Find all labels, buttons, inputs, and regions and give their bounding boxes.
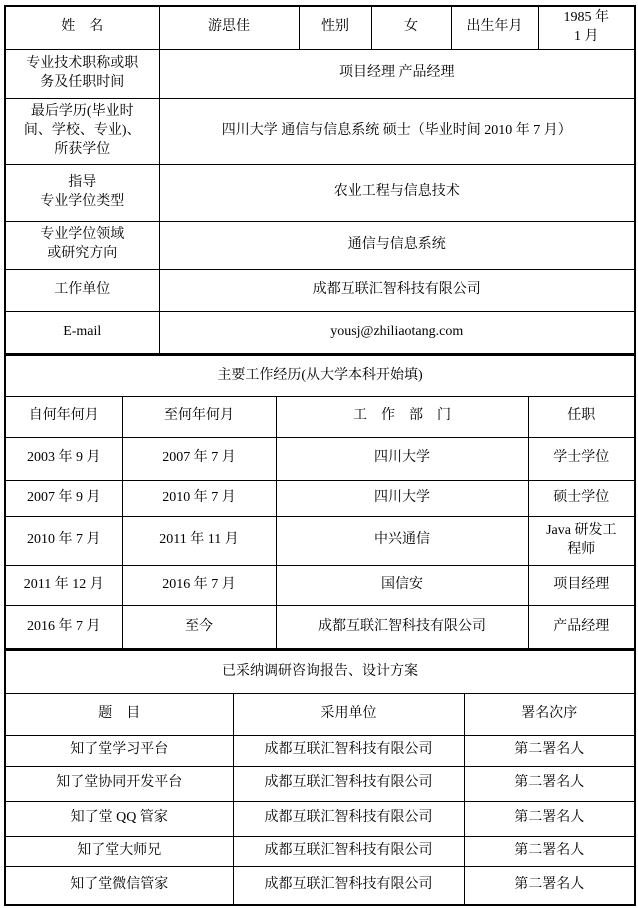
work-position-cell: 学士学位 bbox=[528, 437, 635, 480]
reports-header-topic: 题 目 bbox=[5, 693, 233, 735]
report-signature-cell: 第二署名人 bbox=[464, 801, 635, 836]
basic-info-table: 姓 名 游思佳 性别 女 出生年月 1985 年 1 月 专业技术职称或职 务及… bbox=[4, 5, 636, 355]
work-header-from: 自何年何月 bbox=[5, 396, 122, 437]
guide-label-cell: 指导 专业学位类型 bbox=[5, 164, 159, 221]
row-email: E-mail yousj@zhiliaotang.com bbox=[5, 311, 635, 354]
reports-header-row: 题 目 采用单位 署名次序 bbox=[5, 693, 635, 735]
report-unit-cell: 成都互联汇智科技有限公司 bbox=[233, 735, 464, 766]
report-row: 知了堂学习平台 成都互联汇智科技有限公司 第二署名人 bbox=[5, 735, 635, 766]
work-experience-table: 主要工作经历(从大学本科开始填) 自何年何月 至何年何月 工 作 部 门 任职 … bbox=[4, 354, 636, 650]
work-to-cell: 2010 年 7 月 bbox=[122, 480, 276, 516]
field-label-cell: 专业学位领域 或研究方向 bbox=[5, 221, 159, 269]
birth-value-cell: 1985 年 1 月 bbox=[538, 6, 635, 49]
gender-value-cell: 女 bbox=[371, 6, 451, 49]
work-header-department: 工 作 部 门 bbox=[276, 396, 528, 437]
work-department-cell: 国信安 bbox=[276, 565, 528, 605]
work-row: 2016 年 7 月 至今 成都互联汇智科技有限公司 产品经理 bbox=[5, 605, 635, 649]
work-row: 2007 年 9 月 2010 年 7 月 四川大学 硕士学位 bbox=[5, 480, 635, 516]
report-unit-cell: 成都互联汇智科技有限公司 bbox=[233, 801, 464, 836]
row-name-gender-birth: 姓 名 游思佳 性别 女 出生年月 1985 年 1 月 bbox=[5, 6, 635, 49]
title-value-cell: 项目经理 产品经理 bbox=[159, 49, 635, 98]
work-department-cell: 四川大学 bbox=[276, 437, 528, 480]
report-signature-cell: 第二署名人 bbox=[464, 735, 635, 766]
report-row: 知了堂协同开发平台 成都互联汇智科技有限公司 第二署名人 bbox=[5, 766, 635, 801]
work-department-cell: 成都互联汇智科技有限公司 bbox=[276, 605, 528, 649]
report-row: 知了堂 QQ 管家 成都互联汇智科技有限公司 第二署名人 bbox=[5, 801, 635, 836]
reports-header-signature-order: 署名次序 bbox=[464, 693, 635, 735]
report-unit-cell: 成都互联汇智科技有限公司 bbox=[233, 866, 464, 905]
work-to-cell: 2011 年 11 月 bbox=[122, 516, 276, 565]
resume-form-page: 姓 名 游思佳 性别 女 出生年月 1985 年 1 月 专业技术职称或职 务及… bbox=[0, 0, 638, 908]
birth-label-cell: 出生年月 bbox=[451, 6, 538, 49]
report-topic-cell: 知了堂协同开发平台 bbox=[5, 766, 233, 801]
work-section-title: 主要工作经历(从大学本科开始填) bbox=[5, 355, 635, 396]
reports-section-title: 已采纳调研咨询报告、设计方案 bbox=[5, 650, 635, 693]
field-value-cell: 通信与信息系统 bbox=[159, 221, 635, 269]
work-header-row: 自何年何月 至何年何月 工 作 部 门 任职 bbox=[5, 396, 635, 437]
work-row: 2011 年 12 月 2016 年 7 月 国信安 项目经理 bbox=[5, 565, 635, 605]
work-position-cell: 产品经理 bbox=[528, 605, 635, 649]
work-position-cell: 项目经理 bbox=[528, 565, 635, 605]
guide-value-cell: 农业工程与信息技术 bbox=[159, 164, 635, 221]
email-value-cell: yousj@zhiliaotang.com bbox=[159, 311, 635, 354]
row-employer: 工作单位 成都互联汇智科技有限公司 bbox=[5, 269, 635, 311]
email-label-cell: E-mail bbox=[5, 311, 159, 354]
row-professional-title: 专业技术职称或职 务及任职时间 项目经理 产品经理 bbox=[5, 49, 635, 98]
education-value-cell: 四川大学 通信与信息系统 硕士（毕业时间 2010 年 7 月） bbox=[159, 98, 635, 164]
work-header-position: 任职 bbox=[528, 396, 635, 437]
work-position-cell: 硕士学位 bbox=[528, 480, 635, 516]
gender-label-cell: 性别 bbox=[299, 6, 371, 49]
education-label-cell: 最后学历(毕业时 间、学校、专业)、 所获学位 bbox=[5, 98, 159, 164]
name-value-cell: 游思佳 bbox=[159, 6, 299, 49]
report-unit-cell: 成都互联汇智科技有限公司 bbox=[233, 766, 464, 801]
work-department-cell: 中兴通信 bbox=[276, 516, 528, 565]
reports-section-title-row: 已采纳调研咨询报告、设计方案 bbox=[5, 650, 635, 693]
work-header-to: 至何年何月 bbox=[122, 396, 276, 437]
row-guide-degree-type: 指导 专业学位类型 农业工程与信息技术 bbox=[5, 164, 635, 221]
employer-label-cell: 工作单位 bbox=[5, 269, 159, 311]
work-from-cell: 2011 年 12 月 bbox=[5, 565, 122, 605]
report-topic-cell: 知了堂 QQ 管家 bbox=[5, 801, 233, 836]
row-degree-field: 专业学位领域 或研究方向 通信与信息系统 bbox=[5, 221, 635, 269]
work-department-cell: 四川大学 bbox=[276, 480, 528, 516]
work-to-cell: 2016 年 7 月 bbox=[122, 565, 276, 605]
title-label-cell: 专业技术职称或职 务及任职时间 bbox=[5, 49, 159, 98]
report-row: 知了堂微信管家 成都互联汇智科技有限公司 第二署名人 bbox=[5, 866, 635, 905]
report-signature-cell: 第二署名人 bbox=[464, 766, 635, 801]
report-unit-cell: 成都互联汇智科技有限公司 bbox=[233, 836, 464, 866]
report-signature-cell: 第二署名人 bbox=[464, 866, 635, 905]
work-row: 2003 年 9 月 2007 年 7 月 四川大学 学士学位 bbox=[5, 437, 635, 480]
work-section-title-row: 主要工作经历(从大学本科开始填) bbox=[5, 355, 635, 396]
employer-value-cell: 成都互联汇智科技有限公司 bbox=[159, 269, 635, 311]
work-row: 2010 年 7 月 2011 年 11 月 中兴通信 Java 研发工 程师 bbox=[5, 516, 635, 565]
report-signature-cell: 第二署名人 bbox=[464, 836, 635, 866]
work-from-cell: 2007 年 9 月 bbox=[5, 480, 122, 516]
report-topic-cell: 知了堂微信管家 bbox=[5, 866, 233, 905]
work-from-cell: 2003 年 9 月 bbox=[5, 437, 122, 480]
report-topic-cell: 知了堂大师兄 bbox=[5, 836, 233, 866]
work-from-cell: 2016 年 7 月 bbox=[5, 605, 122, 649]
row-education: 最后学历(毕业时 间、学校、专业)、 所获学位 四川大学 通信与信息系统 硕士（… bbox=[5, 98, 635, 164]
reports-header-adopting-unit: 采用单位 bbox=[233, 693, 464, 735]
name-label-cell: 姓 名 bbox=[5, 6, 159, 49]
work-to-cell: 至今 bbox=[122, 605, 276, 649]
work-from-cell: 2010 年 7 月 bbox=[5, 516, 122, 565]
report-row: 知了堂大师兄 成都互联汇智科技有限公司 第二署名人 bbox=[5, 836, 635, 866]
adopted-reports-table: 已采纳调研咨询报告、设计方案 题 目 采用单位 署名次序 知了堂学习平台 成都互… bbox=[4, 649, 636, 906]
work-position-cell: Java 研发工 程师 bbox=[528, 516, 635, 565]
report-topic-cell: 知了堂学习平台 bbox=[5, 735, 233, 766]
work-to-cell: 2007 年 7 月 bbox=[122, 437, 276, 480]
